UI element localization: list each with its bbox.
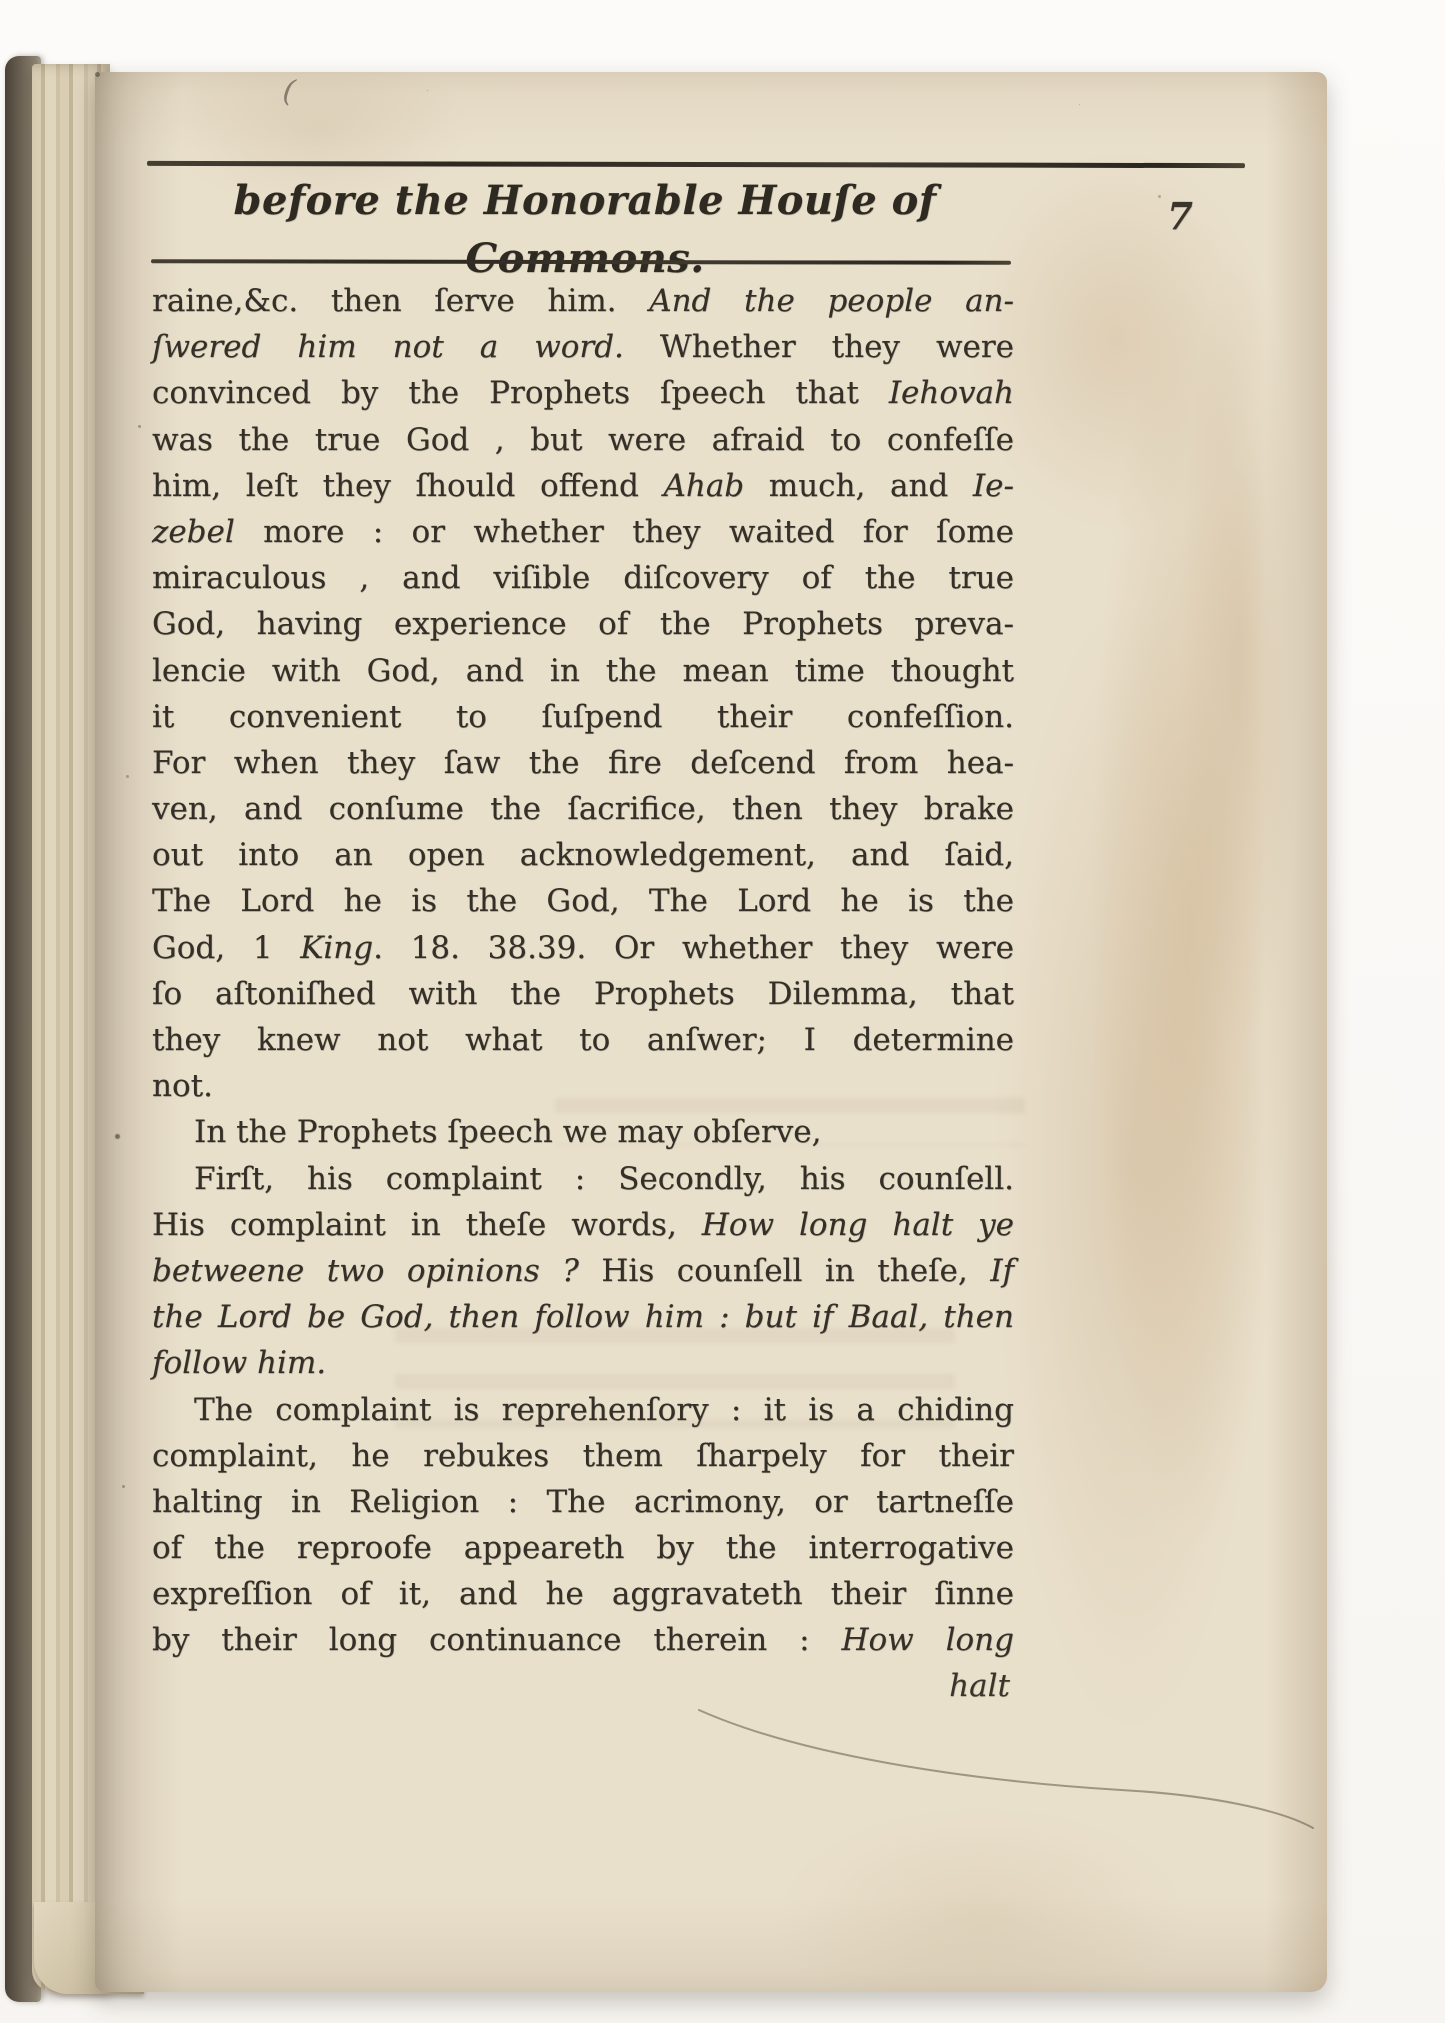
- text-segment: Whether they were: [660, 329, 1014, 365]
- text-segment: God, 1: [152, 930, 300, 966]
- text-segment: God, having experience of the Prophets p…: [152, 606, 1014, 642]
- text-segment: . 18. 38.39. Or whether they were: [373, 930, 1014, 966]
- text-segment: it convenient to ſuſpend their confeſſio…: [152, 699, 1014, 735]
- text-segment: expreſſion of it, and he aggravateth the…: [152, 1576, 1014, 1612]
- text-segment: him, leſt they ſhould offend: [152, 468, 663, 504]
- text-segment: His complaint in theſe words,: [152, 1207, 702, 1243]
- text-line: Firſt, his complaint : Secondly, his cou…: [152, 1156, 1014, 1202]
- text-line: ſo aſtoniſhed with the Prophets Dilemma,…: [152, 971, 1014, 1017]
- text-line: miraculous , and viſible diſcovery of th…: [152, 555, 1014, 601]
- text-segment: complaint, he rebukes them ſharpely for …: [152, 1438, 1014, 1474]
- text-line: God, 1 King. 18. 38.39. Or whether they …: [152, 925, 1014, 971]
- text-line: was the true God , but were afraid to co…: [152, 417, 1014, 463]
- text-segment: they knew not what to anſwer; I determin…: [152, 1022, 1014, 1058]
- text-segment: raine,&c. then ſerve him.: [152, 283, 649, 319]
- header-rule-top: [147, 161, 1245, 168]
- text-line: they knew not what to anſwer; I determin…: [152, 1017, 1014, 1063]
- text-line: For when they ſaw the fire deſcend from …: [152, 740, 1014, 786]
- text-segment: For when they ſaw the fire deſcend from …: [152, 745, 1014, 781]
- text-line: lencie with God, and in the mean time th…: [152, 648, 1014, 694]
- text-segment: lencie with God, and in the mean time th…: [152, 653, 1014, 689]
- text-segment: And the people an-: [649, 283, 1014, 319]
- text-segment: convinced by the Prophets ſpeech that: [152, 375, 889, 411]
- text-line: it convenient to ſuſpend their confeſſio…: [152, 694, 1014, 740]
- text-segment: more : or whether they waited for ſome: [235, 514, 1014, 550]
- text-segment: out into an open acknowledgement, and ſa…: [152, 837, 1014, 873]
- text-segment: How long halt ye: [702, 1207, 1014, 1243]
- show-through-smudge: [395, 1328, 955, 1428]
- photo-background: ( before the Honorable Houſe of Commons.…: [0, 0, 1445, 2023]
- text-line: raine,&c. then ſerve him. And the people…: [152, 278, 1014, 324]
- text-line: halting in Religion : The acrimony, or t…: [152, 1479, 1014, 1525]
- scratch-mark: [691, 1632, 1321, 1852]
- ink-specks: [95, 72, 100, 77]
- text-line: convinced by the Prophets ſpeech that Ie…: [152, 370, 1014, 416]
- text-segment: If: [990, 1253, 1014, 1289]
- text-segment: miraculous , and viſible diſcovery of th…: [152, 560, 1014, 596]
- text-segment: not.: [152, 1068, 213, 1104]
- text-line: out into an open acknowledgement, and ſa…: [152, 832, 1014, 878]
- text-segment: zebel: [152, 514, 235, 550]
- text-line: The Lord he is the God, The Lord he is t…: [152, 878, 1014, 924]
- text-line: ven, and conſume the ſacrifice, then the…: [152, 786, 1014, 832]
- text-segment: much, and: [744, 468, 973, 504]
- text-line: His complaint in theſe words, How long h…: [152, 1202, 1014, 1248]
- text-line: complaint, he rebukes them ſharpely for …: [152, 1433, 1014, 1479]
- text-segment: Iehovah: [889, 375, 1014, 411]
- stray-mark: (: [281, 73, 297, 109]
- running-header: before the Honorable Houſe of Commons.: [155, 172, 1015, 230]
- text-segment: of the reproofe appeareth by the interro…: [152, 1530, 1014, 1566]
- text-segment: betweene two opinions ?: [152, 1253, 601, 1289]
- text-segment: Ie-: [973, 468, 1014, 504]
- text-segment: halting in Religion : The acrimony, or t…: [152, 1484, 1014, 1520]
- text-segment: The Lord he is the God, The Lord he is t…: [152, 883, 1014, 919]
- text-line: him, leſt they ſhould offend Ahab much, …: [152, 463, 1014, 509]
- text-segment: ſo aſtoniſhed with the Prophets Dilemma,…: [152, 976, 1014, 1012]
- text-segment: follow him.: [152, 1345, 326, 1381]
- text-segment: King: [300, 930, 373, 966]
- text-segment: ven, and conſume the ſacrifice, then the…: [152, 791, 1014, 827]
- text-line: ſwered him not a word. Whether they were: [152, 324, 1014, 370]
- text-segment: Ahab: [663, 468, 744, 504]
- text-line: zebel more : or whether they waited for …: [152, 509, 1014, 555]
- page-number: 7: [1135, 190, 1225, 242]
- text-segment: was the true God , but were afraid to co…: [152, 422, 1014, 458]
- body-text: raine,&c. then ſerve him. And the people…: [152, 278, 1014, 1664]
- text-segment: His counſell in theſe,: [601, 1253, 990, 1289]
- text-segment: ſwered him not a word.: [152, 329, 660, 365]
- text-line: God, having experience of the Prophets p…: [152, 601, 1014, 647]
- text-line: of the reproofe appeareth by the interro…: [152, 1525, 1014, 1571]
- text-segment: Firſt, his complaint : Secondly, his cou…: [194, 1161, 1014, 1197]
- header-rule-bottom: [151, 259, 1011, 265]
- book-page: ( before the Honorable Houſe of Commons.…: [95, 72, 1327, 1992]
- show-through-smudge: [555, 1098, 1025, 1146]
- text-line: expreſſion of it, and he aggravateth the…: [152, 1571, 1014, 1617]
- text-line: betweene two opinions ? His counſell in …: [152, 1248, 1014, 1294]
